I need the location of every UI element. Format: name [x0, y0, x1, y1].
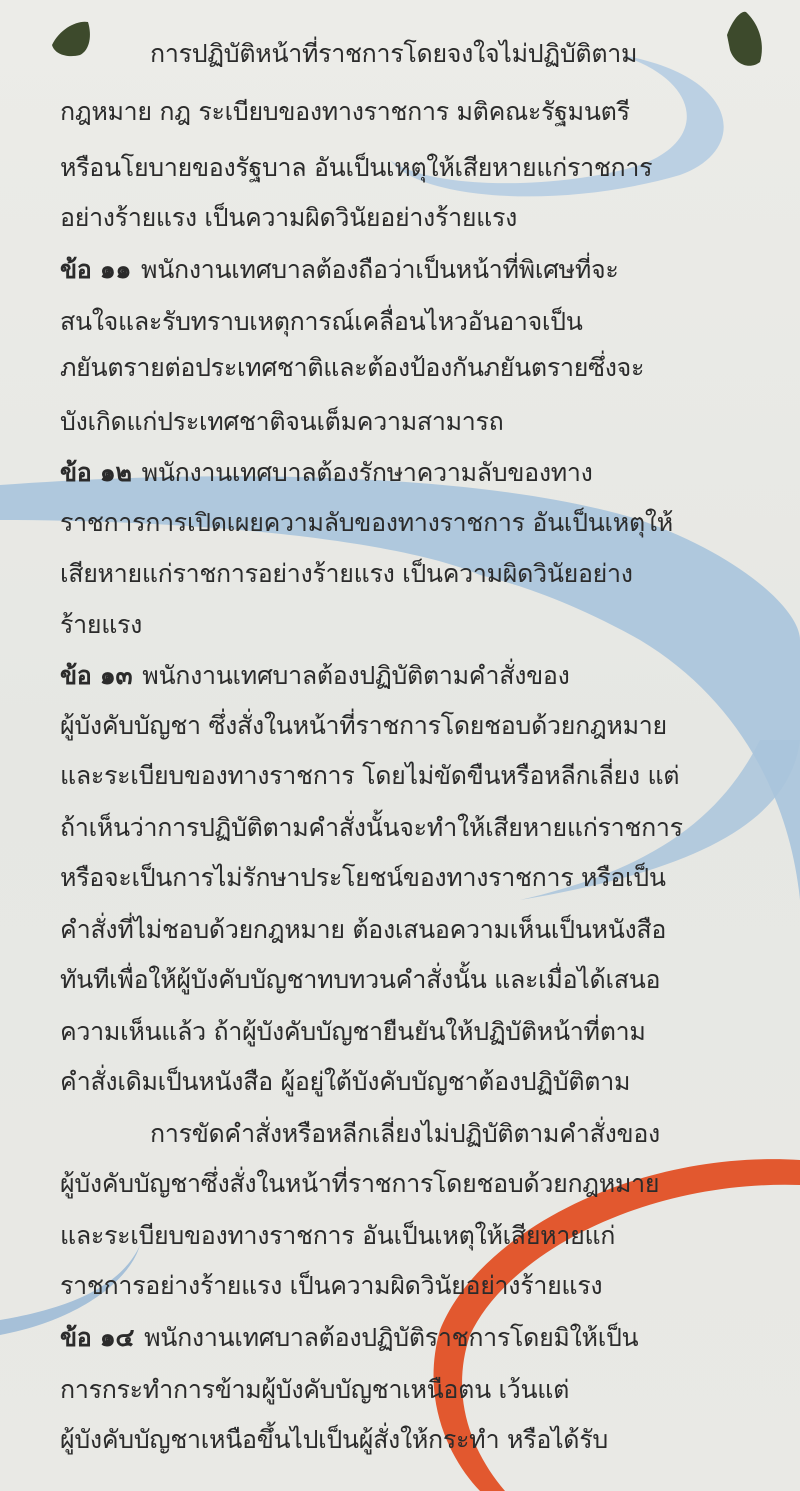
- document-body: การปฏิบัติหน้าที่ราชการโดยจงใจไม่ปฏิบัติ…: [0, 0, 800, 1491]
- text-line: ทันทีเพื่อให้ผู้บังคับบัญชาทบทวนคำสั่งนั…: [60, 962, 660, 998]
- text-line: คำสั่งที่ไม่ชอบด้วยกฎหมาย ต้องเสนอความเห…: [60, 912, 666, 948]
- text-line: หรือนโยบายของรัฐบาล อันเป็นเหตุให้เสียหา…: [60, 150, 652, 186]
- section-number: ข้อ ๑๓: [60, 661, 132, 690]
- text-line: ความเห็นแล้ว ถ้าผู้บังคับบัญชายืนยันให้ป…: [60, 1014, 646, 1050]
- text-line: การขัดคำสั่งหรือหลีกเลี่ยงไม่ปฏิบัติตามค…: [150, 1116, 660, 1152]
- section-number: ข้อ ๑๒: [60, 458, 132, 487]
- text-line: และระเบียบของทางราชการ โดยไม่ขัดขืนหรือห…: [60, 758, 679, 794]
- section-14-heading: ข้อ ๑๔พนักงานเทศบาลต้องปฏิบัติราชการโดยม…: [60, 1320, 638, 1356]
- section-13-heading: ข้อ ๑๓พนักงานเทศบาลต้องปฏิบัติตามคำสั่งข…: [60, 658, 570, 694]
- text-line: คำสั่งเดิมเป็นหนังสือ ผู้อยู่ใต้บังคับบั…: [60, 1064, 630, 1100]
- text-line: ผู้บังคับบัญชา ซึ่งสั่งในหน้าที่ราชการโด…: [60, 708, 667, 744]
- text-line: การปฏิบัติหน้าที่ราชการโดยจงใจไม่ปฏิบัติ…: [150, 36, 637, 72]
- text-line: บังเกิดแก่ประเทศชาติจนเต็มความสามารถ: [60, 404, 503, 440]
- text-line: สนใจและรับทราบเหตุการณ์เคลื่อนไหวอันอาจเ…: [60, 304, 583, 340]
- section-number: ข้อ ๑๔: [60, 1323, 134, 1352]
- text-line: อย่างร้ายแรง เป็นความผิดวินัยอย่างร้ายแร…: [60, 200, 517, 236]
- text-line: ภยันตรายต่อประเทศชาติและต้องป้องกันภยันต…: [60, 350, 644, 386]
- section-11-heading: ข้อ ๑๑พนักงานเทศบาลต้องถือว่าเป็นหน้าที่…: [60, 252, 619, 288]
- text-line: ผู้บังคับบัญชาเหนือขึ้นไปเป็นผู้สั่งให้ก…: [60, 1422, 608, 1458]
- section-12-heading: ข้อ ๑๒พนักงานเทศบาลต้องรักษาความลับของทา…: [60, 455, 593, 491]
- text-line: และระเบียบของทางราชการ อันเป็นเหตุให้เสี…: [60, 1218, 615, 1254]
- document-page: การปฏิบัติหน้าที่ราชการโดยจงใจไม่ปฏิบัติ…: [0, 0, 800, 1491]
- text-line: ราชการการเปิดเผยความลับของทางราชการ อันเ…: [60, 505, 673, 541]
- section-number: ข้อ ๑๑: [60, 255, 131, 284]
- text-line: ร้ายแรง: [60, 607, 142, 643]
- text-line: การกระทำการข้ามผู้บังคับบัญชาเหนือตน เว้…: [60, 1372, 569, 1408]
- text-line: หรือจะเป็นการไม่รักษาประโยชน์ของทางราชกา…: [60, 860, 666, 896]
- text-line: ถ้าเห็นว่าการปฏิบัติตามคำสั่งนั้นจะทำให้…: [60, 810, 683, 846]
- text-line: กฎหมาย กฎ ระเบียบของทางราชการ มติคณะรัฐม…: [60, 94, 630, 130]
- text-line: ราชการอย่างร้ายแรง เป็นความผิดวินัยอย่าง…: [60, 1268, 602, 1304]
- text-line: เสียหายแก่ราชการอย่างร้ายแรง เป็นความผิด…: [60, 556, 633, 592]
- text-line: ผู้บังคับบัญชาซึ่งสั่งในหน้าที่ราชการโดย…: [60, 1166, 659, 1202]
